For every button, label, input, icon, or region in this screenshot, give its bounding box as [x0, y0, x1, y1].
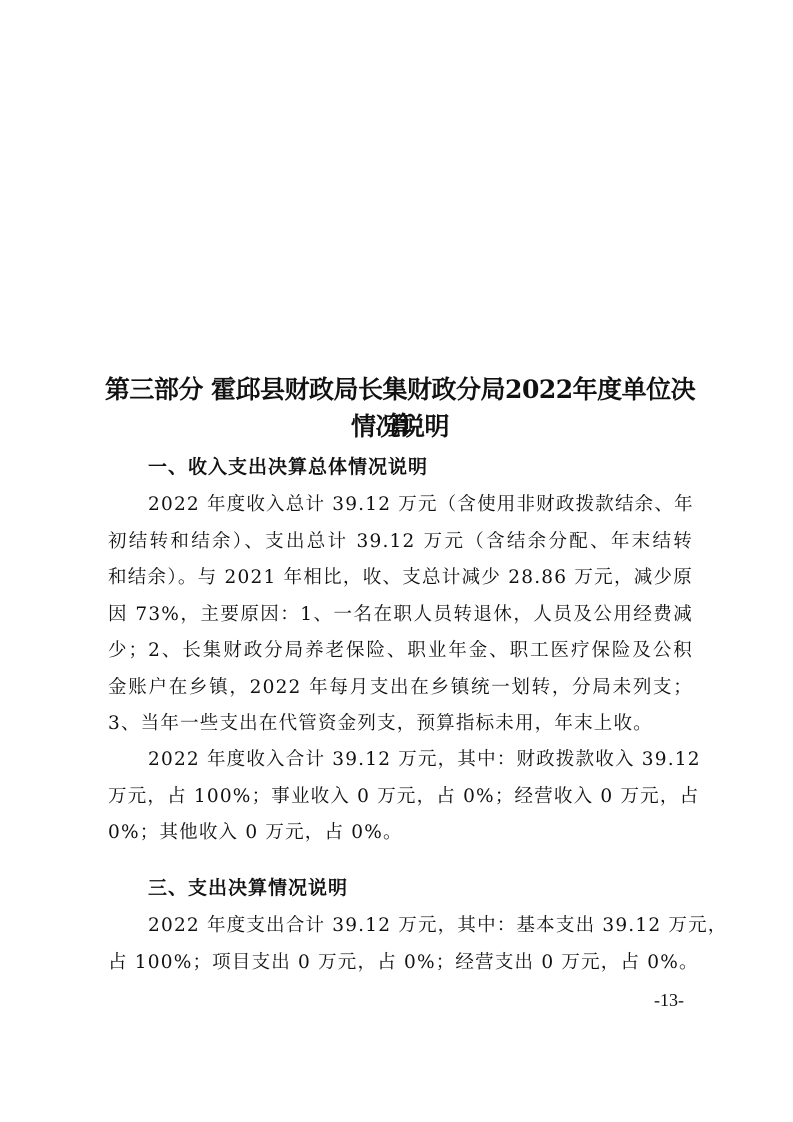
text-line: 3、当年一些支出在代管资金列支，预算指标未用，年末上收。 — [108, 706, 693, 743]
section-heading-income-expense-overview: 一、收入支出决算总体情况说明 — [148, 452, 428, 479]
text-line: 因 73%，主要原因：1、一名在职人员转退休，人员及公用经费减 — [108, 597, 693, 634]
text-line: 初结转和结余）、支出总计 39.12 万元（含结余分配、年末结转 — [108, 524, 693, 561]
text-line: 占 100%；项目支出 0 万元，占 0%；经营支出 0 万元，占 0%。 — [108, 945, 693, 982]
document-title-line-2: 情况说明 — [100, 407, 700, 443]
page-number: -13- — [654, 990, 684, 1011]
section-heading-expense-explanation: 三、支出决算情况说明 — [148, 873, 348, 900]
document-page: 第三部分 霍邱县财政局长集财政分局2022年度单位决算 情况说明 一、收入支出决… — [0, 0, 793, 1122]
text-line: 2022 年度收入总计 39.12 万元（含使用非财政拨款结余、年 — [108, 487, 693, 524]
text-line: 2022 年度收入合计 39.12 万元，其中：财政拨款收入 39.12 — [108, 742, 693, 779]
paragraph-income-breakdown: 2022 年度收入合计 39.12 万元，其中：财政拨款收入 39.12 万元，… — [108, 742, 693, 852]
paragraph-expense-breakdown: 2022 年度支出合计 39.12 万元，其中：基本支出 39.12 万元， 占… — [108, 908, 693, 981]
text-line: 金账户在乡镇，2022 年每月支出在乡镇统一划转，分局未列支； — [108, 670, 693, 707]
paragraph-income-expense-totals: 2022 年度收入总计 39.12 万元（含使用非财政拨款结余、年 初结转和结余… — [108, 487, 693, 743]
text-line: 0%；其他收入 0 万元，占 0%。 — [108, 815, 693, 852]
text-line: 2022 年度支出合计 39.12 万元，其中：基本支出 39.12 万元， — [108, 908, 693, 945]
text-line: 万元，占 100%；事业收入 0 万元，占 0%；经营收入 0 万元，占 — [108, 779, 693, 816]
text-line: 少；2、长集财政分局养老保险、职业年金、职工医疗保险及公积 — [108, 633, 693, 670]
text-line: 和结余）。与 2021 年相比，收、支总计减少 28.86 万元，减少原 — [108, 560, 693, 597]
